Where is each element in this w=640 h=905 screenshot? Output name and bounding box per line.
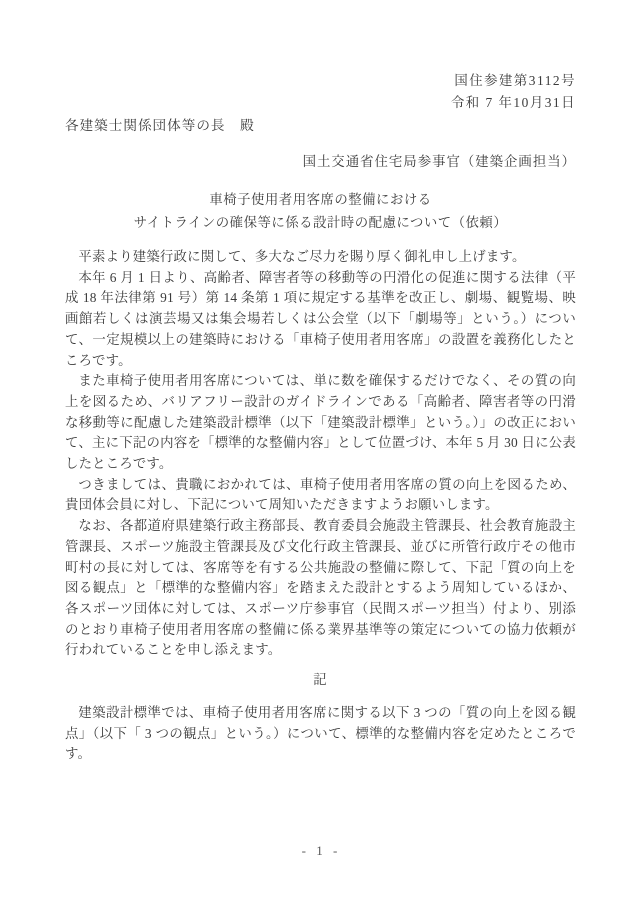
body-text: 平素より建築行政に関して、多大なご尽力を賜り厚く御礼申し上げます。 本年 6 月… — [65, 247, 576, 661]
document-title: 車椅子使用者用客席の整備における サイトラインの確保等に係る設計時の配慮について… — [65, 188, 576, 234]
paragraph-law-revision: 本年 6 月 1 日より、高齢者、障害者等の移動等の円滑化の促進に関する法律（平… — [65, 268, 576, 372]
paragraph-design-standard: また車椅子使用者用客席については、単に数を確保するだけでなく、その質の向上を図る… — [65, 371, 576, 475]
ki-marker: 記 — [65, 669, 576, 690]
sender-line: 国土交通省住宅局参事官（建築企画担当） — [65, 151, 576, 173]
paragraph-closing: 建築設計標準では、車椅子使用者用客席に関する以下 3 つの「質の向上を図る観点」… — [65, 703, 576, 765]
document-page: 国住参建第3112号 令和 7 年10月31日 各建築士関係団体等の長 殿 国土… — [0, 0, 640, 905]
paragraph-request: つきましては、貴職におかれては、車椅子使用者用客席の質の向上を図るため、貴団体会… — [65, 475, 576, 516]
document-number: 国住参建第3112号 — [65, 70, 576, 92]
paragraph-additional-notice: なお、各都道府県建築行政主務部長、教育委員会施設主管課長、社会教育施設主管課長、… — [65, 516, 576, 661]
paragraph-greeting: 平素より建築行政に関して、多大なご尽力を賜り厚く御礼申し上げます。 — [65, 247, 576, 268]
document-title-line1: 車椅子使用者用客席の整備における — [65, 188, 576, 211]
recipient-line: 各建築士関係団体等の長 殿 — [65, 115, 576, 137]
document-date: 令和 7 年10月31日 — [65, 92, 576, 114]
page-number: - 1 - — [0, 843, 640, 859]
closing-text: 建築設計標準では、車椅子使用者用客席に関する以下 3 つの「質の向上を図る観点」… — [65, 703, 576, 765]
document-title-line2: サイトラインの確保等に係る設計時の配慮について（依頼） — [65, 211, 576, 234]
